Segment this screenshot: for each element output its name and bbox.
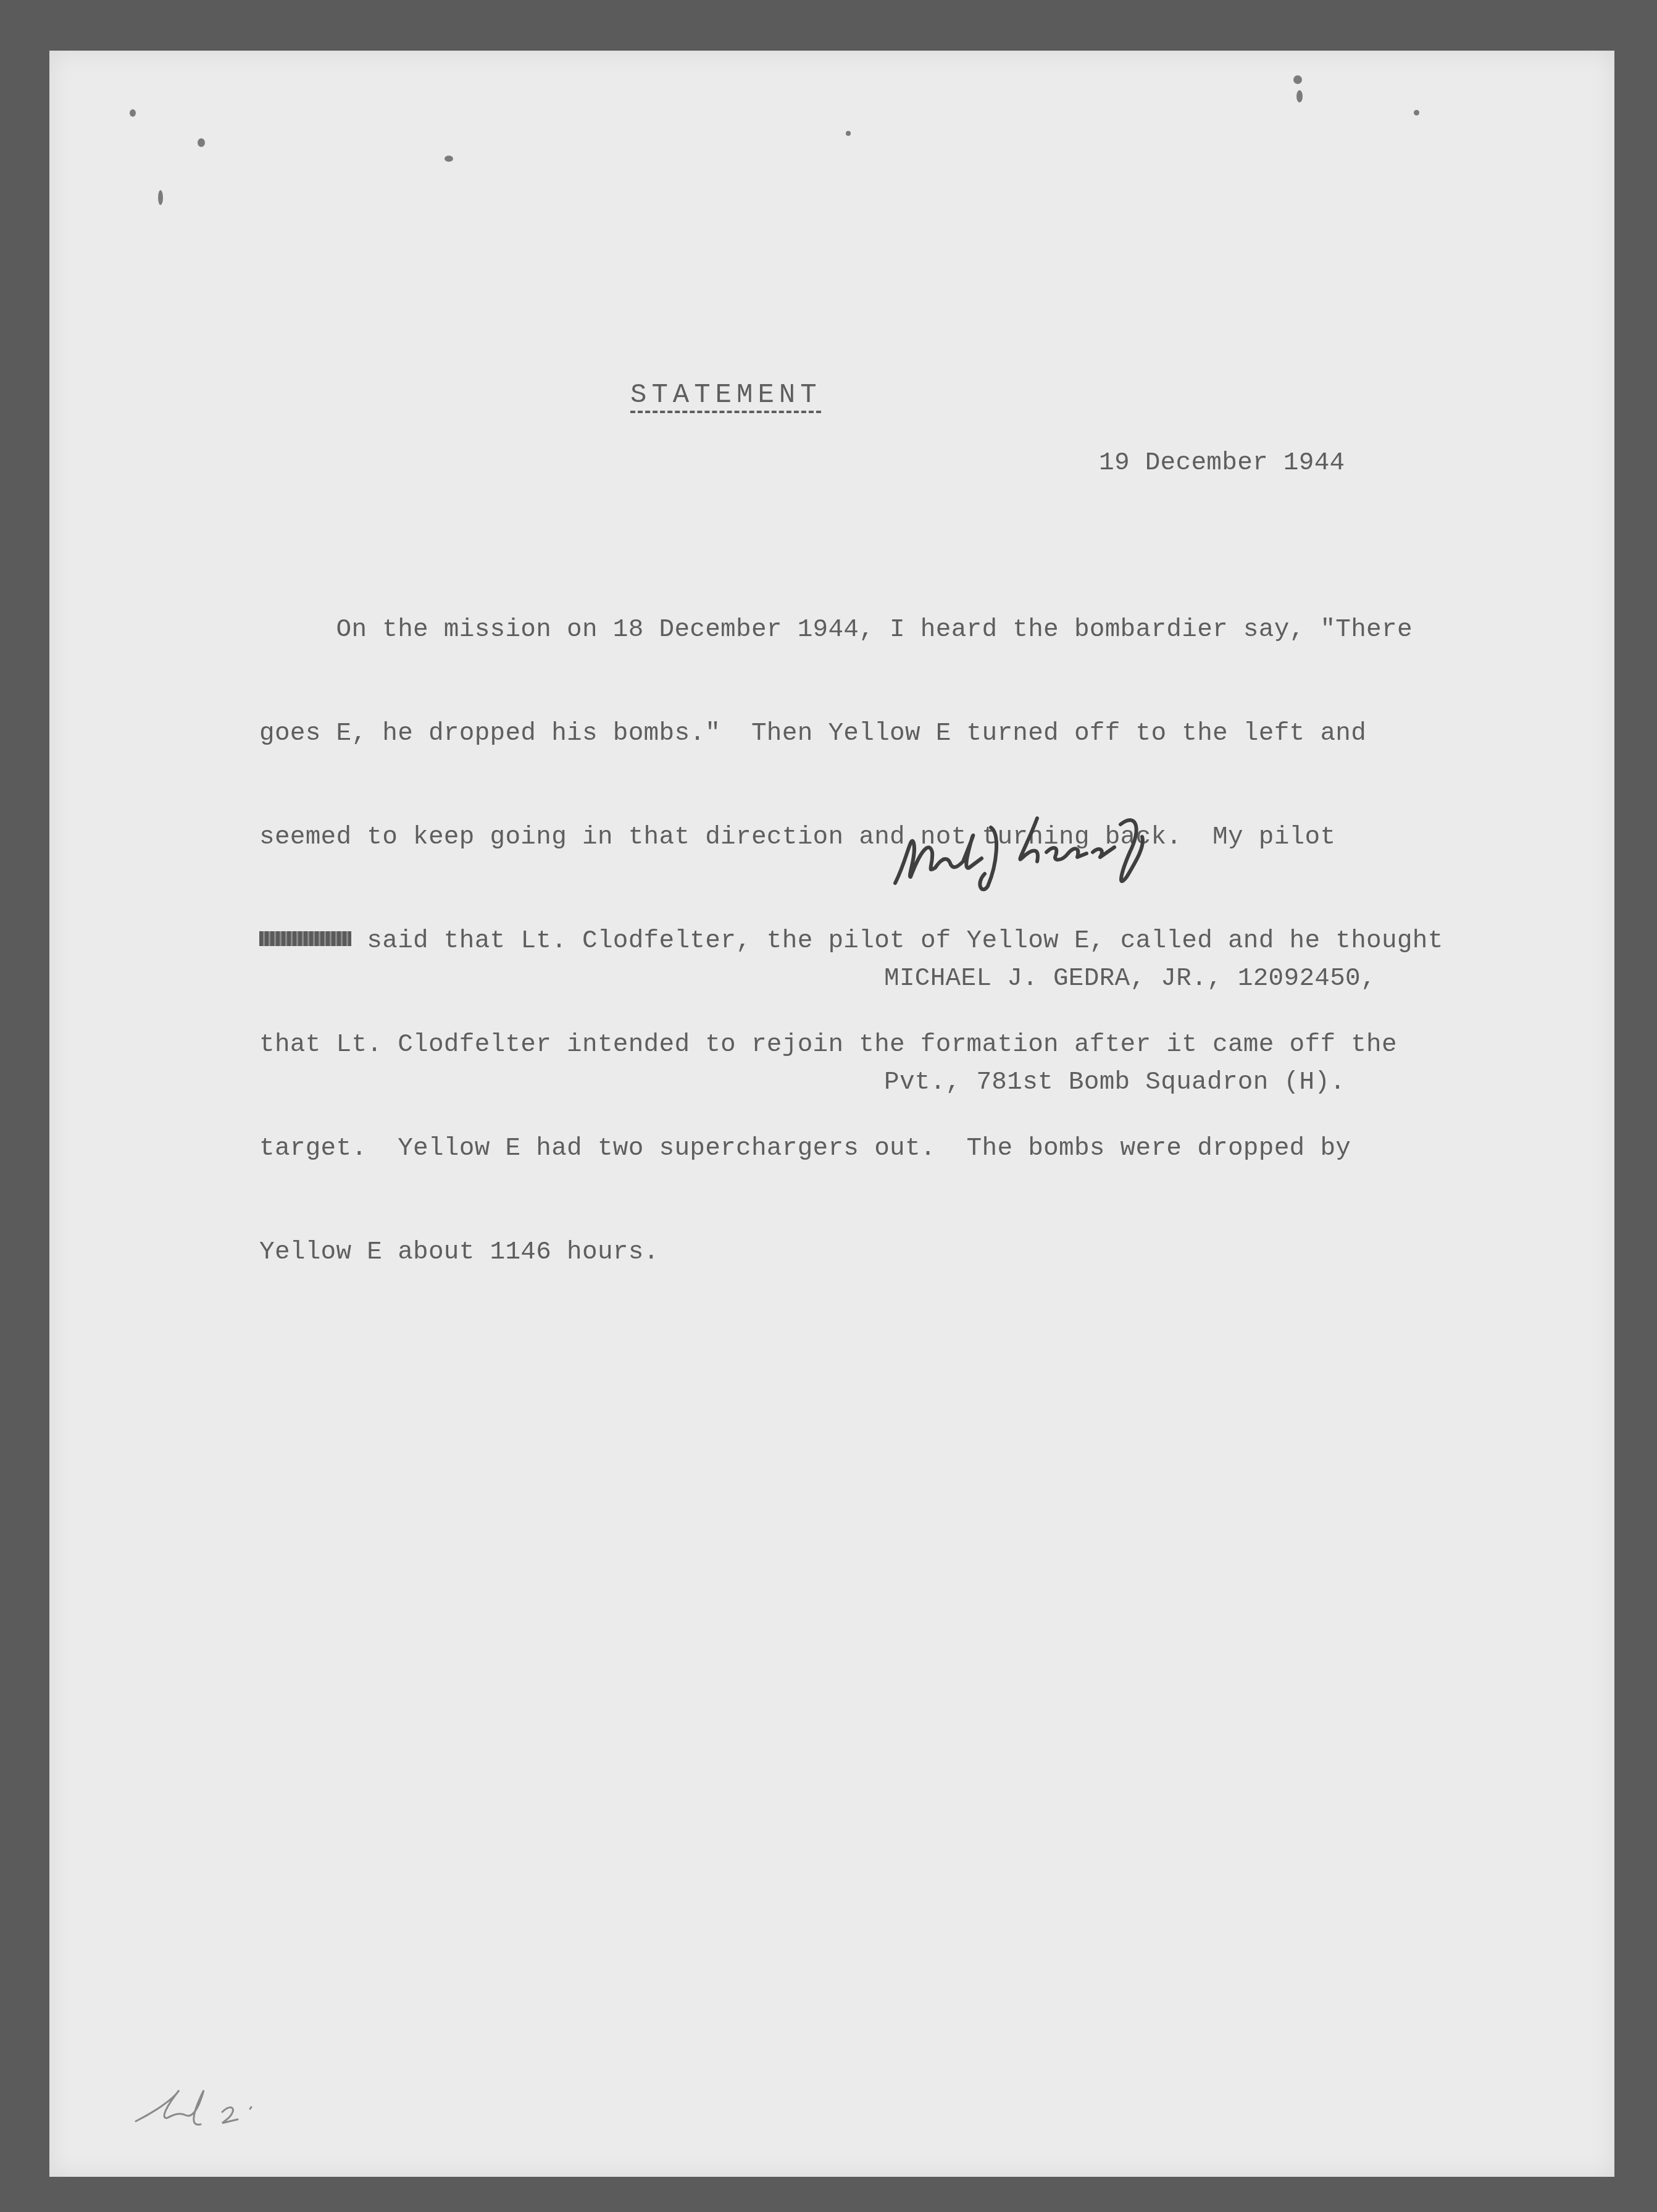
signature-block: MICHAEL J. GEDRA, JR., 12092450, Pvt., 7…	[884, 892, 1376, 1134]
pencil-note-icon	[130, 2087, 259, 2137]
body-line: goes E, he dropped his bombs." Then Yell…	[259, 716, 1443, 751]
document-title: STATEMENT	[630, 378, 822, 413]
speck-mark	[1296, 90, 1303, 103]
document-date: 19 December 1944	[1099, 446, 1345, 480]
handwritten-signature: Michael J. Gedra Jr	[883, 809, 1315, 902]
speck-mark	[198, 138, 205, 147]
speck-mark	[130, 109, 136, 117]
body-line: On the mission on 18 December 1944, I he…	[259, 613, 1443, 647]
handwritten-enclosure-note: Incl 2	[130, 2087, 259, 2137]
body-line: target. Yellow E had two superchargers o…	[259, 1131, 1443, 1166]
speck-mark	[158, 190, 163, 205]
speck-mark	[846, 131, 851, 136]
struck-out-word: xxxxxx	[259, 931, 351, 946]
speck-mark	[1414, 110, 1419, 115]
signer-rank-unit: Pvt., 781st Bomb Squadron (H).	[884, 1065, 1376, 1100]
speck-mark	[445, 156, 453, 162]
signer-name-serial: MICHAEL J. GEDRA, JR., 12092450,	[884, 961, 1376, 996]
enclosure-note-text: Incl 2	[130, 2087, 132, 2088]
signature-icon	[883, 809, 1315, 902]
speck-mark	[1293, 75, 1302, 84]
signature-text: Michael J. Gedra Jr	[883, 809, 889, 810]
body-line: Yellow E about 1146 hours.	[259, 1235, 1443, 1270]
